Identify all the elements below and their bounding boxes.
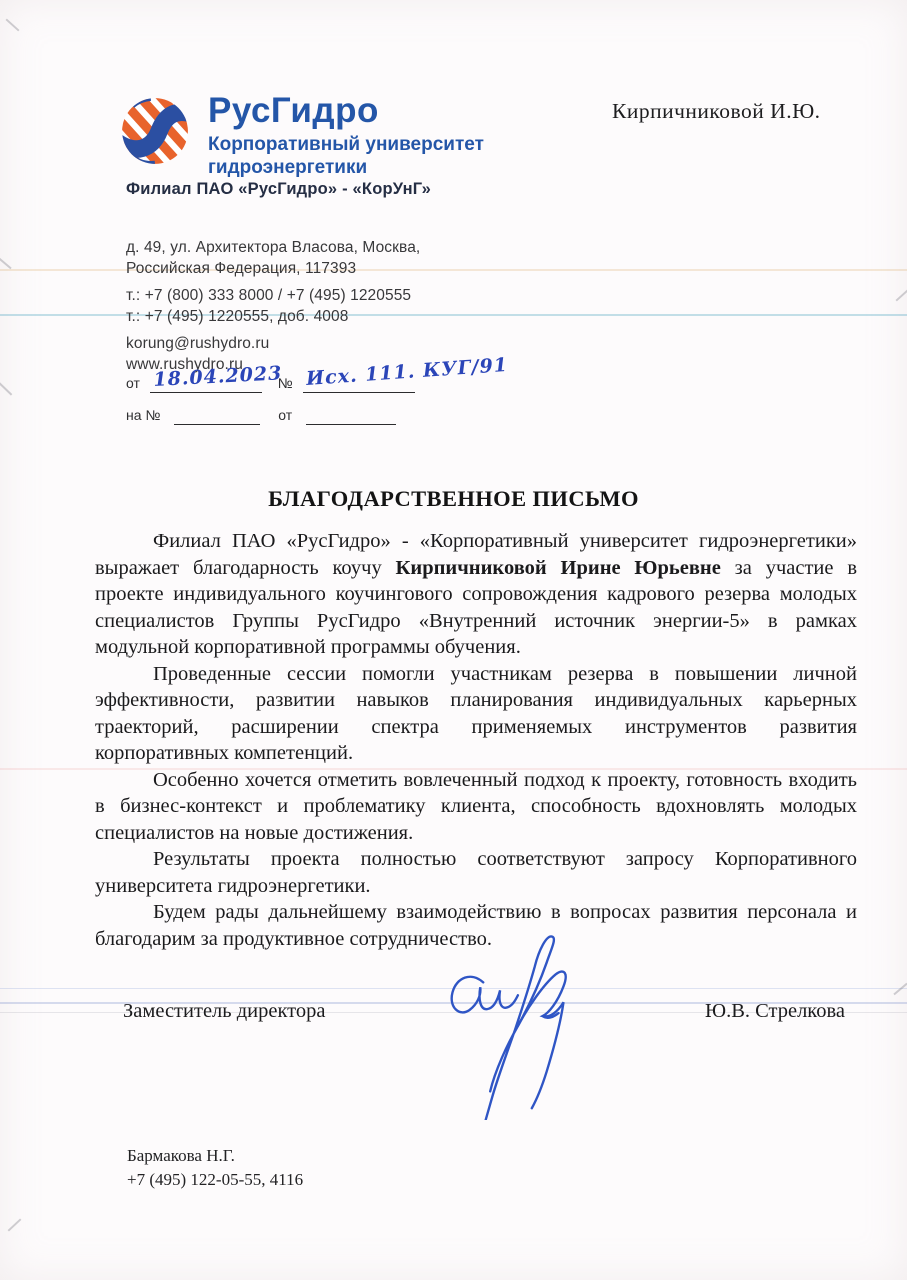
address-line1: д. 49, ул. Архитектора Власова, Москва, bbox=[126, 237, 420, 258]
logo-text-block: РусГидро Корпоративный университет гидро… bbox=[208, 92, 484, 179]
reply-number-label: на № bbox=[126, 407, 160, 425]
executor-block: Бармакова Н.Г. +7 (495) 122-05-55, 4116 bbox=[127, 1144, 303, 1192]
branch-name: Филиал ПАО «РусГидро» - «КорУнГ» bbox=[126, 180, 431, 199]
reply-reference-line: на № от bbox=[126, 404, 546, 428]
paragraph-2: Проведенные сессии помогли участникам ре… bbox=[95, 661, 857, 767]
date-field: 18.04.2023 bbox=[150, 372, 262, 393]
paragraph-3: Особенно хочется отметить вовлеченный по… bbox=[95, 767, 857, 847]
brand-subtitle-line1: Корпоративный университет bbox=[208, 133, 484, 156]
scanned-letter-page: РусГидро Корпоративный университет гидро… bbox=[0, 0, 907, 1280]
brand-subtitle: Корпоративный университет гидроэнергетик… bbox=[208, 133, 484, 179]
handwritten-signature bbox=[398, 928, 620, 1120]
scan-edge-mark bbox=[0, 257, 12, 269]
reference-line: от 18.04.2023 № Исх. 111. КУГ/91 bbox=[126, 372, 546, 400]
recipient-name: Кирпичниковой И.Ю. bbox=[612, 99, 872, 124]
brand-subtitle-line2: гидроэнергетики bbox=[208, 156, 484, 179]
phone-line1: т.: +7 (800) 333 8000 / +7 (495) 1220555 bbox=[126, 285, 420, 306]
letter-body: Филиал ПАО «РусГидро» - «Корпоративный у… bbox=[95, 528, 857, 952]
email-text: korung@rushydro.ru bbox=[126, 333, 420, 354]
contact-block: д. 49, ул. Архитектора Власова, Москва, … bbox=[126, 237, 420, 375]
paragraph-4: Результаты проекта полностью соответству… bbox=[95, 846, 857, 899]
signer-name: Ю.В. Стрелкова bbox=[705, 1000, 845, 1023]
scan-edge-mark bbox=[6, 19, 20, 32]
executor-phone: +7 (495) 122-05-55, 4116 bbox=[127, 1168, 303, 1192]
brand-name: РусГидро bbox=[208, 92, 484, 130]
scan-edge-mark bbox=[896, 289, 907, 302]
address-line2: Российская Федерация, 117393 bbox=[126, 258, 420, 279]
signer-position: Заместитель директора bbox=[123, 1000, 325, 1023]
reply-date-field bbox=[306, 404, 396, 425]
scan-edge-mark bbox=[8, 1218, 22, 1231]
phone-line2: т.: +7 (495) 1220555, доб. 4008 bbox=[126, 306, 420, 327]
number-field: Исх. 111. КУГ/91 bbox=[303, 372, 415, 393]
coach-name-bold: Кирпичниковой Ирине Юрьевне bbox=[396, 557, 721, 579]
executor-name: Бармакова Н.Г. bbox=[127, 1144, 303, 1168]
rushydro-globe-logo-icon bbox=[120, 94, 190, 168]
reply-from-label: от bbox=[278, 407, 292, 425]
scan-edge-mark bbox=[893, 983, 907, 995]
letter-title: БЛАГОДАРСТВЕННОЕ ПИСЬМО bbox=[0, 486, 907, 512]
scan-edge-mark bbox=[0, 382, 12, 395]
from-label: от bbox=[126, 375, 140, 393]
reply-number-field bbox=[174, 404, 260, 425]
paragraph-1: Филиал ПАО «РусГидро» - «Корпоративный у… bbox=[95, 528, 857, 661]
